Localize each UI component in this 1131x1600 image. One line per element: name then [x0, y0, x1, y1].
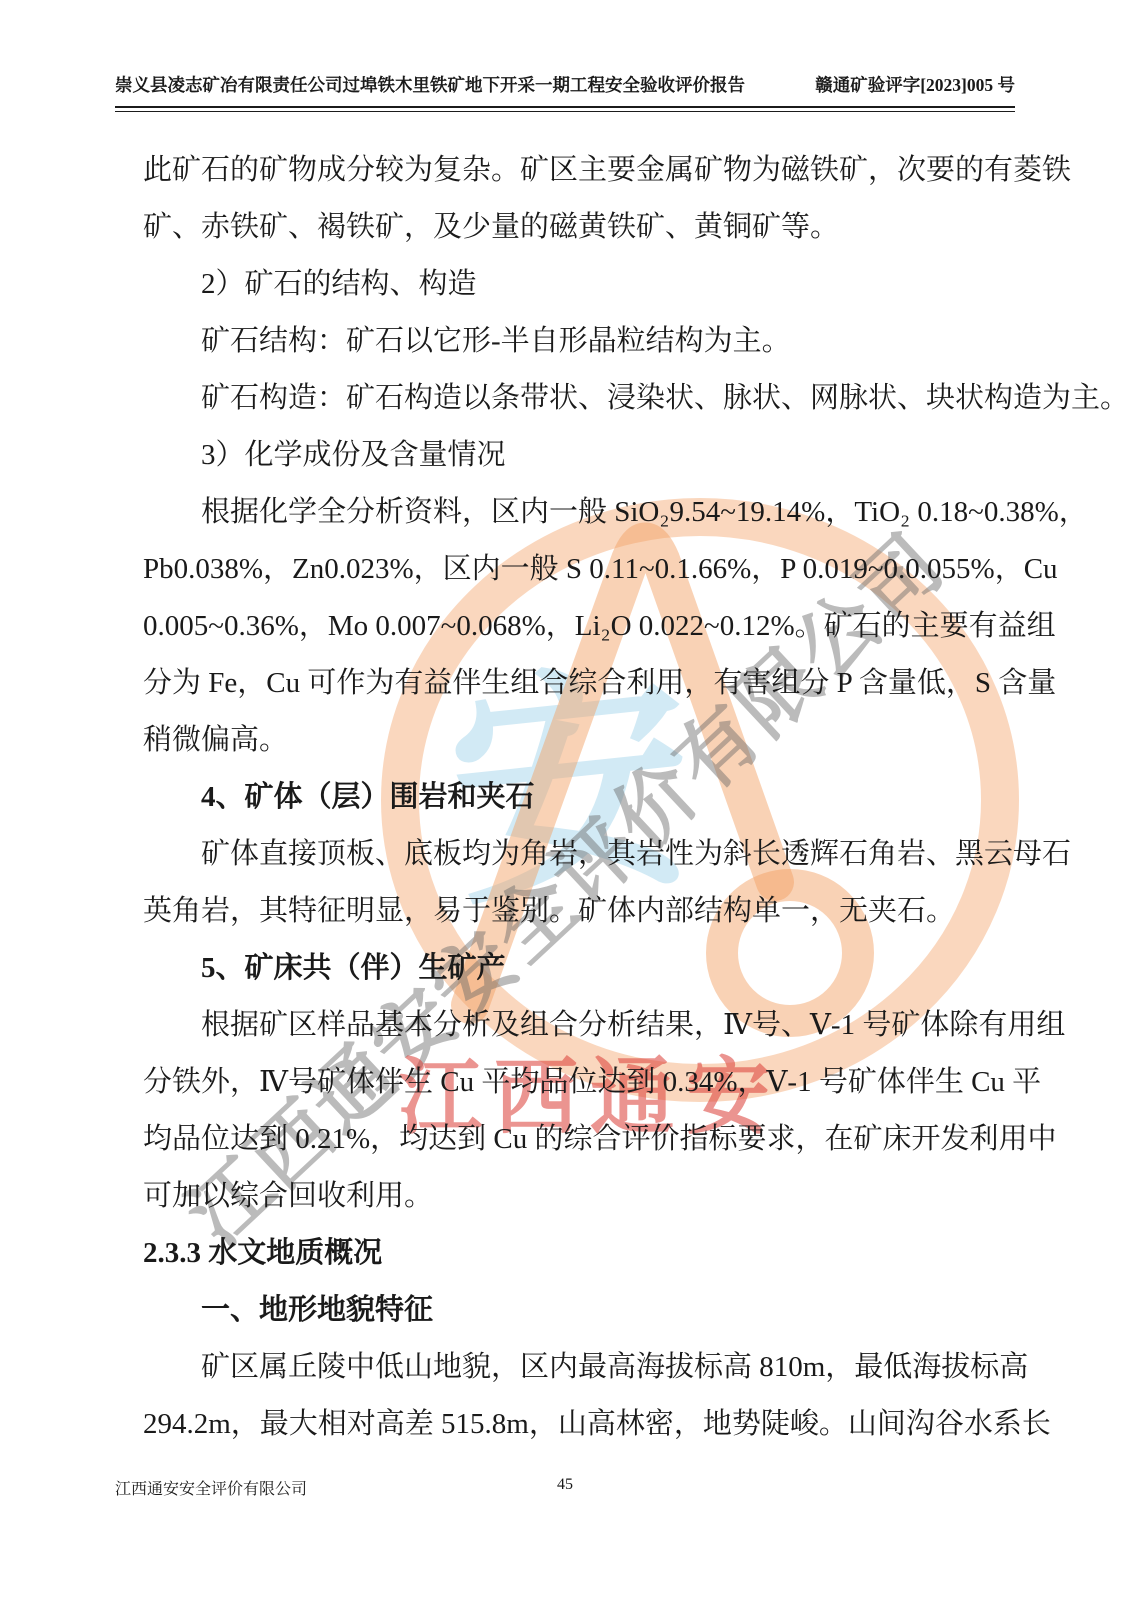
header-divider-rule [115, 106, 1015, 112]
document-page: { "header": { "title": "崇义县凌志矿冶有限责任公司过埠铁… [0, 0, 1131, 1600]
section-heading: 一、地形地貌特征 [143, 1282, 975, 1339]
header-report-title: 崇义县凌志矿冶有限责任公司过埠铁木里铁矿地下开采一期工程安全验收评价报告 [115, 72, 745, 97]
document-body: 此矿石的矿物成分较为复杂。矿区主要金属矿物为磁铁矿，次要的有菱铁 矿、赤铁矿、褐… [143, 142, 975, 1453]
body-line: 294.2m，最大相对高差 515.8m，山高林密，地势陡峻。山间沟谷水系长 [143, 1396, 975, 1453]
section-heading: 4、矿体（层）围岩和夹石 [143, 769, 975, 826]
footer-page-number: 45 [115, 1476, 1015, 1494]
body-line: 分为 Fe，Cu 可作为有益伴生组合综合利用，有害组分 P 含量低，S 含量 [143, 655, 975, 712]
body-line: 可加以综合回收利用。 [143, 1168, 975, 1225]
body-line: 根据矿区样品基本分析及组合分析结果，Ⅳ号、Ⅴ-1 号矿体除有用组 [143, 997, 975, 1054]
section-heading-233: 2.3.3 水文地质概况 [143, 1225, 975, 1282]
body-line: 矿、赤铁矿、褐铁矿，及少量的磁黄铁矿、黄铜矿等。 [143, 199, 975, 256]
body-line: 此矿石的矿物成分较为复杂。矿区主要金属矿物为磁铁矿，次要的有菱铁 [143, 142, 975, 199]
body-line: 根据化学全分析资料，区内一般 SiO₂9.54~19.14%，TiO₂ 0.18… [143, 484, 975, 541]
body-line: 矿石构造：矿石构造以条带状、浸染状、脉状、网脉状、块状构造为主。 [143, 370, 975, 427]
body-line: 2）矿石的结构、构造 [143, 256, 975, 313]
body-line: 分铁外，Ⅳ号矿体伴生 Cu 平均品位达到 0.34%，Ⅴ-1 号矿体伴生 Cu … [143, 1054, 975, 1111]
page-header: 崇义县凌志矿冶有限责任公司过埠铁木里铁矿地下开采一期工程安全验收评价报告 赣通矿… [115, 72, 1015, 97]
header-doc-number: 赣通矿验评字[2023]005 号 [815, 72, 1015, 97]
section-heading: 5、矿床共（伴）生矿产 [143, 940, 975, 997]
body-line: Pb0.038%，Zn0.023%，区内一般 S 0.11~0.1.66%，P … [143, 541, 975, 598]
body-line: 矿体直接顶板、底板均为角岩，其岩性为斜长透辉石角岩、黑云母石 [143, 826, 975, 883]
body-line: 英角岩，其特征明显，易于鉴别。矿体内部结构单一，无夹石。 [143, 883, 975, 940]
body-line: 0.005~0.36%，Mo 0.007~0.068%，Li₂O 0.022~0… [143, 598, 975, 655]
body-line: 3）化学成份及含量情况 [143, 427, 975, 484]
body-line: 稍微偏高。 [143, 712, 975, 769]
body-line: 均品位达到 0.21%，均达到 Cu 的综合评价指标要求，在矿床开发利用中 [143, 1111, 975, 1168]
body-line: 矿石结构：矿石以它形-半自形晶粒结构为主。 [143, 313, 975, 370]
body-line: 矿区属丘陵中低山地貌，区内最高海拔标高 810m，最低海拔标高 [143, 1339, 975, 1396]
